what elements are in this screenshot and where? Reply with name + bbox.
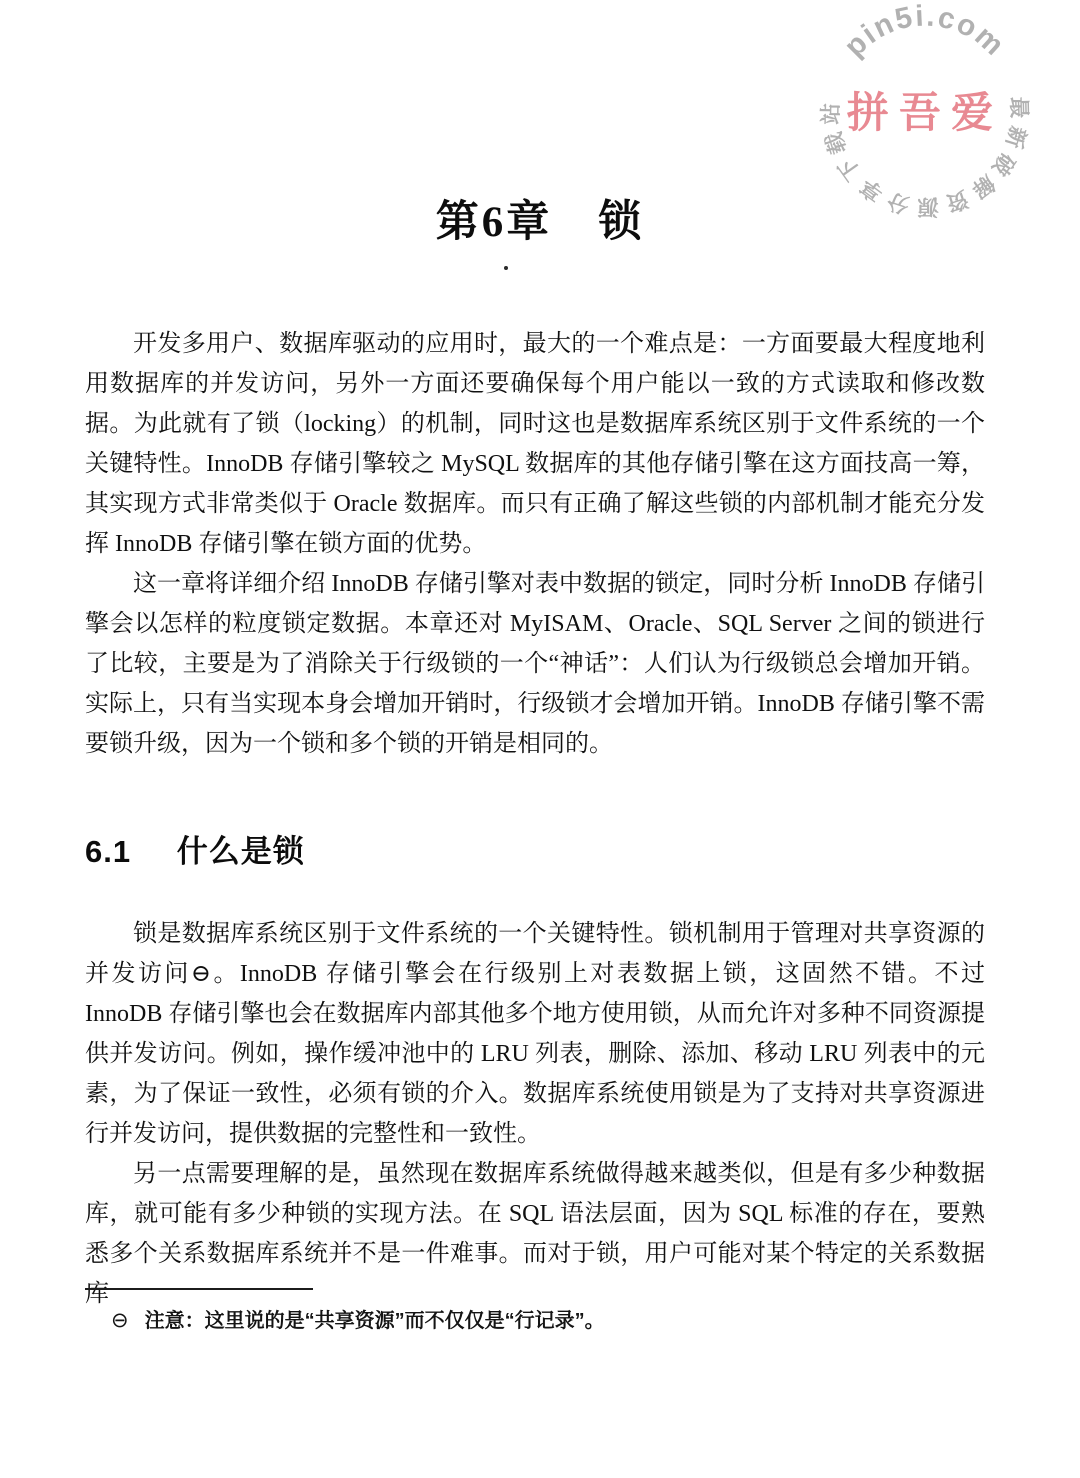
book-page: pin5i.com 最新破解资源分享下载站 拼吾爱 第6章 锁 开发多用户、数据… [0, 0, 1080, 1478]
section-title: 什么是锁 [177, 834, 305, 869]
page-body: 开发多用户、数据库驱动的应用时，最大的一个难点是：一方面要最大程度地利用数据库的… [85, 324, 985, 1314]
intro-paragraph-2: 这一章将详细介绍 InnoDB 存储引擎对表中数据的锁定，同时分析 InnoDB… [85, 564, 985, 764]
section-number: 6.1 [85, 834, 131, 869]
footnote-separator [85, 1288, 313, 1290]
footnote-line: ⊖注意：这里说的是“共享资源”而不仅仅是“行记录”。 [85, 1304, 985, 1333]
watermark-domain-text: pin5i.com [838, 0, 1012, 63]
watermark-center-text: 拼吾爱 [847, 90, 1003, 137]
section-paragraph-1: 锁是数据库系统区别于文件系统的一个关键特性。锁机制用于管理对共享资源的并发访问⊖… [85, 914, 985, 1154]
intro-paragraph-1: 开发多用户、数据库驱动的应用时，最大的一个难点是：一方面要最大程度地利用数据库的… [85, 324, 985, 564]
chapter-title: 第6章 锁 [0, 188, 1080, 249]
footnote: ⊖注意：这里说的是“共享资源”而不仅仅是“行记录”。 [85, 1288, 985, 1333]
section-heading: 6.1 什么是锁 [85, 832, 985, 872]
footnote-text: 注意：这里说的是“共享资源”而不仅仅是“行记录”。 [145, 1310, 605, 1332]
footnote-marker-icon: ⊖ [111, 1309, 129, 1332]
scan-artifact-dot [504, 266, 508, 270]
